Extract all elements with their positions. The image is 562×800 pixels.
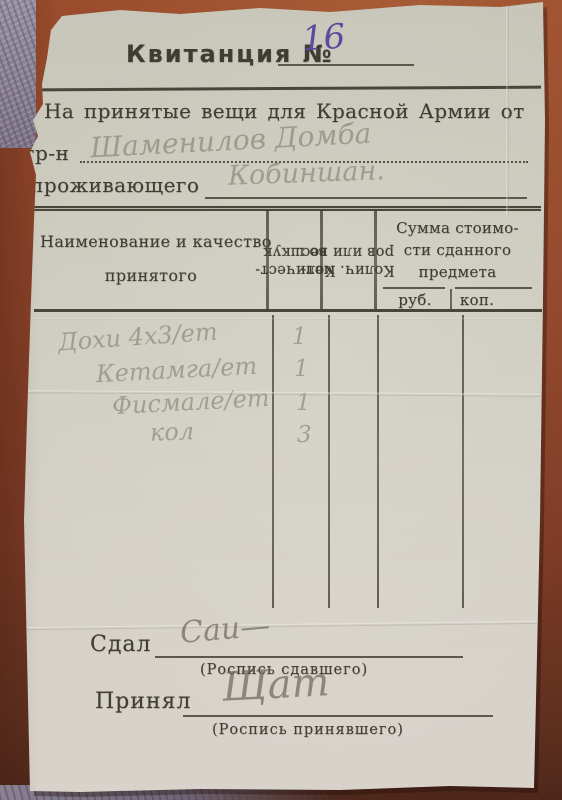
row-1-qty: 1: [292, 324, 307, 350]
gave-signature-handwriting: Саи—: [179, 608, 272, 651]
header-item-line1: Наименование и качество: [40, 232, 262, 251]
sum-subrule-right: [455, 287, 532, 289]
header-sum-line3: предмета: [380, 263, 535, 281]
receipt-number-handwritten: 16: [301, 17, 347, 60]
header-measure-vertical: Колич. мет- ров или вес: [322, 213, 374, 309]
photo-scene: Квитанция № 16 На принятые вещи для Крас…: [0, 0, 562, 800]
received-label: Принял: [95, 689, 191, 714]
residence-label: проживающего: [30, 173, 199, 197]
table-surface-fabric-left: [0, 0, 36, 148]
body-column-line-4: [462, 315, 464, 608]
header-item-line2: принятого: [40, 266, 262, 285]
rule-below-header: [34, 309, 542, 312]
header-quantity-vertical: Количест- во шкук: [269, 213, 321, 309]
body-column-line-2: [328, 315, 330, 608]
gave-signature-line: [155, 656, 463, 658]
fold-crease-upper: [28, 318, 540, 320]
subtitle: На принятые вещи для Красной Армии от: [44, 99, 525, 123]
number-underline: [278, 64, 414, 66]
header-kop: коп.: [452, 291, 502, 309]
row-3-name: Фисмале/ет: [111, 384, 270, 420]
received-signature-handwriting: Щат: [221, 659, 331, 711]
receipt-paper: Квитанция № 16 На принятые вещи для Крас…: [0, 0, 562, 800]
residence-underline: [205, 197, 527, 199]
fold-crease-lower: [27, 621, 537, 630]
row-4-qty: 3: [297, 422, 312, 448]
header-rub: руб.: [390, 291, 440, 309]
header-divider-3: [374, 211, 377, 310]
row-4-name: кол: [150, 417, 195, 447]
body-column-line-1: [272, 315, 274, 608]
sum-subrule-left: [383, 287, 445, 289]
received-signature-line: [183, 715, 493, 717]
row-1-name: Дохи 4х3/ет: [57, 317, 218, 356]
rule-above-table: [33, 206, 541, 211]
rub-kop-divider: [450, 289, 452, 310]
fold-crease-vertical: [506, 2, 509, 217]
rule-under-title: [36, 86, 541, 92]
row-2-qty: 1: [294, 356, 309, 382]
row-2-name: Кетамга/ет: [95, 352, 257, 388]
body-column-line-3: [377, 315, 379, 608]
header-sum-line2: сти сданного: [380, 241, 535, 259]
residence-handwriting: Кобиншан.: [228, 155, 386, 191]
gave-label: Сдал: [90, 632, 151, 657]
header-sum-line1: Сумма стоимо-: [380, 219, 535, 237]
received-caption: (Роспись принявшего): [212, 722, 404, 738]
